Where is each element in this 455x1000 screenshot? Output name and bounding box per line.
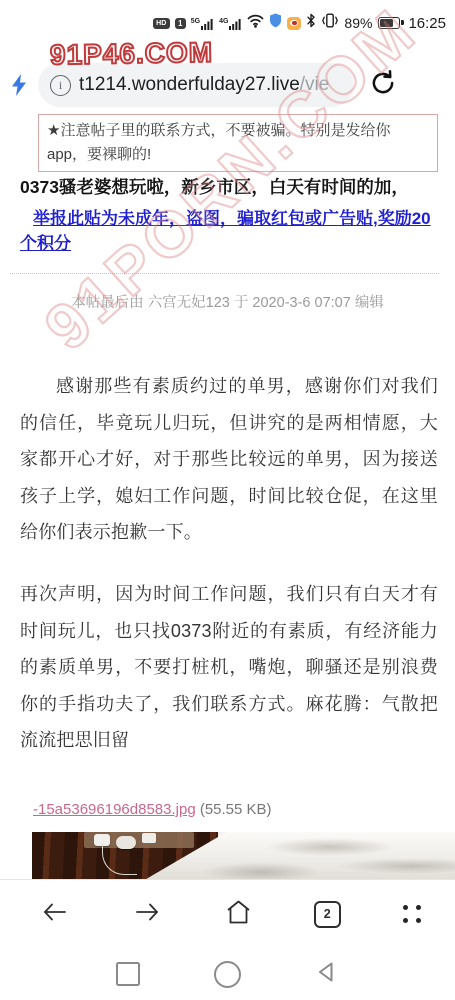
- reload-button[interactable]: [368, 68, 398, 103]
- recents-button[interactable]: [116, 962, 140, 986]
- home-button[interactable]: [225, 899, 252, 930]
- url-main: t1214.wonderfulday27.live: [79, 74, 300, 95]
- attachment-size-text: (55.55 KB): [200, 801, 272, 818]
- wifi-icon: [247, 14, 264, 33]
- post-title: 0373骚老婆想玩啦，新乡市区，白天有时间的加，: [20, 174, 439, 199]
- home-nav-button[interactable]: [214, 961, 241, 988]
- page-info-icon[interactable]: i: [50, 75, 71, 96]
- menu-button[interactable]: [403, 905, 421, 923]
- post-paragraph-1: 感谢那些有素质约过的单男，感谢你们对我们的信任，毕竟玩儿归玩，但讲究的是两相情愿…: [20, 368, 438, 551]
- signal-5g-icon: 5G: [191, 17, 214, 30]
- photo-duvet-fold: [201, 862, 321, 879]
- scam-warning-box: ★注意帖子里的联系方式，不要被骗。特别是发给你app，要裸聊的!: [38, 114, 438, 172]
- tabs-button[interactable]: 2: [314, 901, 341, 928]
- phone-screen: HD 1 5G 4G 89% 16:25 91P46.COM 91PORN.CO…: [0, 0, 455, 1000]
- security-shield-icon: [269, 13, 282, 33]
- hd-badge: HD: [153, 18, 170, 29]
- back-button[interactable]: [40, 900, 70, 929]
- clock-text: 16:25: [408, 15, 446, 32]
- vibrate-icon: [321, 13, 339, 33]
- report-post-link[interactable]: 举报此贴为未成年，盗图，骗取红包或广告贴,奖励20个积分: [20, 206, 439, 256]
- url-text[interactable]: t1214.wonderfulday27.live/vie: [79, 74, 329, 96]
- battery-percent: 89%: [344, 15, 372, 31]
- signal-4g-icon: 4G: [219, 17, 242, 30]
- forward-button[interactable]: [132, 900, 162, 929]
- attachment-link[interactable]: -15a53696196d8583.jpg: [33, 801, 196, 818]
- signal-4g-label: 4G: [219, 18, 228, 25]
- flash-bolt-icon[interactable]: [0, 73, 38, 97]
- status-bar: HD 1 5G 4G 89% 16:25: [0, 0, 455, 40]
- dotted-divider: [10, 273, 439, 274]
- post-paragraph-2: 再次声明，因为时间工作问题，我们只有白天才有时间玩儿，也只找0373附近的有素质…: [20, 576, 438, 759]
- attachment-row: -15a53696196d8583.jpg (55.55 KB): [33, 801, 272, 818]
- browser-toolbar: 2: [0, 879, 455, 948]
- browser-address-row: i t1214.wonderfulday27.live/vie: [0, 60, 455, 110]
- attached-photo-bedroom[interactable]: [32, 832, 455, 879]
- eye-protect-icon: [287, 17, 301, 30]
- system-nav-bar: [0, 948, 455, 1000]
- signal-5g-label: 5G: [191, 18, 200, 25]
- url-suffix: /vie: [300, 74, 330, 95]
- bluetooth-icon: [306, 13, 316, 33]
- url-bar[interactable]: i t1214.wonderfulday27.live/vie: [38, 63, 354, 107]
- back-nav-button[interactable]: [315, 960, 339, 989]
- photo-outlet: [142, 833, 156, 843]
- last-edited-note: 本帖最后由 六宫无妃123 于 2020-3-6 07:07 编辑: [0, 291, 455, 312]
- battery-icon: [378, 17, 400, 29]
- sim1-badge: 1: [175, 18, 186, 29]
- photo-duvet-fold: [265, 838, 395, 856]
